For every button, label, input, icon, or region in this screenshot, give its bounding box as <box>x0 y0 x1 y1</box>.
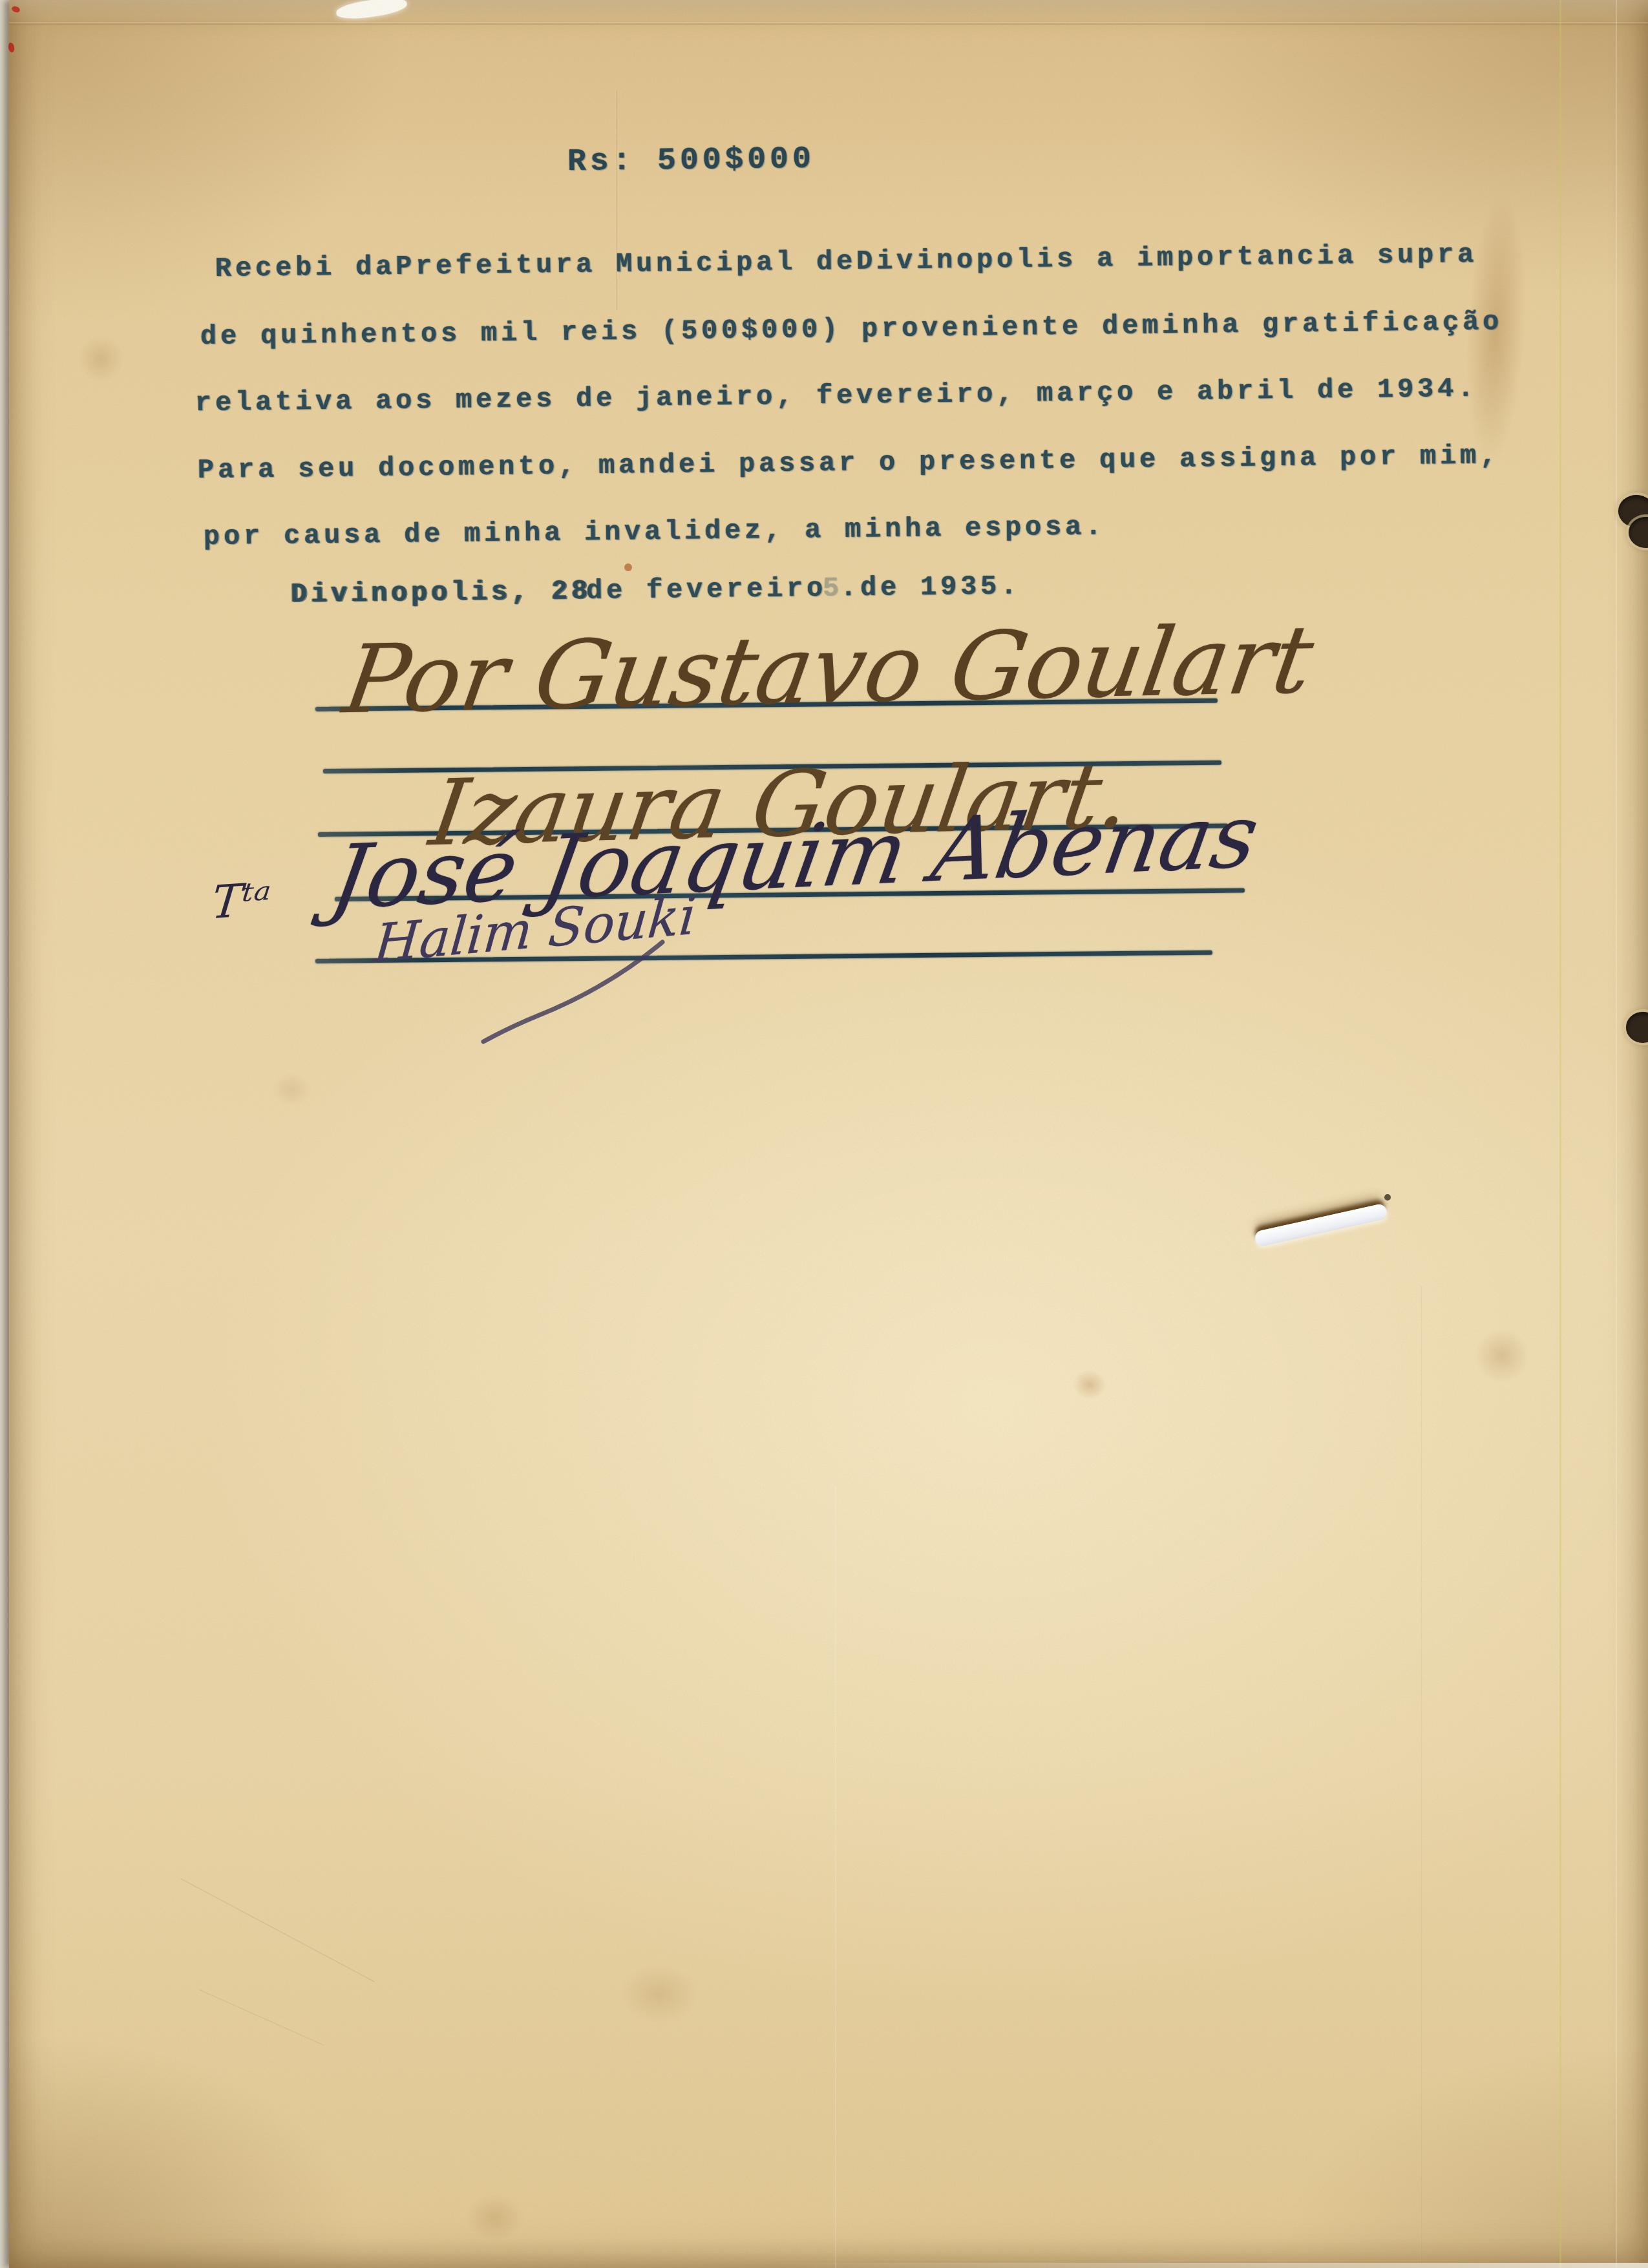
paper-sheet: Rs: 500$000 Recebi daPrefeitura Municipa… <box>9 0 1648 2268</box>
scanned-receipt-page: Rs: 500$000 Recebi daPrefeitura Municipa… <box>0 0 1648 2268</box>
paper-grain-texture <box>9 0 1648 2268</box>
